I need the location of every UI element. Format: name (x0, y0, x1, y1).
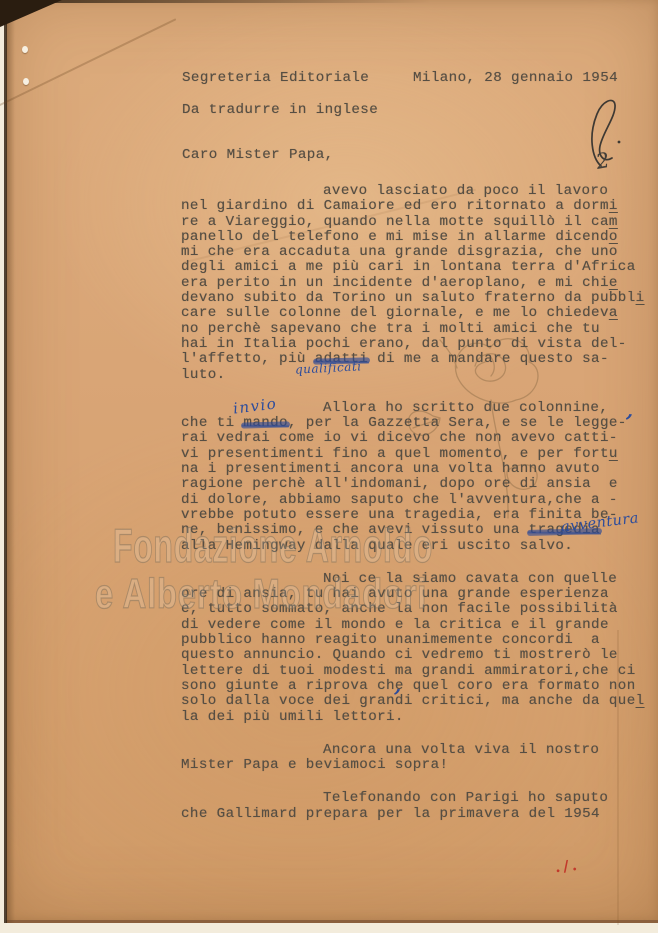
typed-text: che Gallimard prepara per la primavera d… (181, 806, 600, 822)
underlined-letter: m (609, 214, 618, 230)
typed-line: era perito in un incidente d'aeroplano, … (181, 276, 633, 291)
underlined-letter: a (609, 305, 618, 321)
typed-line: nel giardino di Camaiore ed ero ritornat… (181, 199, 633, 214)
typed-line: e, tutto sommato, anche la non facile po… (181, 602, 633, 617)
typed-line: care sulle colonne del giornale, e me lo… (181, 306, 633, 321)
translation-instruction: Da tradurre in inglese (182, 102, 378, 118)
typed-text: panello del telefono e mi mise in allarm… (181, 229, 609, 245)
typed-text: luto. (181, 367, 226, 383)
underlined-letter: e (609, 275, 618, 291)
scan-edge-top (0, 0, 430, 3)
typed-text: era perito in un incidente d'aeroplano, … (181, 275, 609, 291)
typed-text: Telefonando con Parigi ho saputo (323, 790, 608, 806)
paragraph: Ancora una volta viva il nostroMister Pa… (181, 743, 633, 774)
struck-word: mando (243, 415, 288, 431)
red-continuation-mark: ./. (554, 856, 581, 877)
underlined-letter: i (609, 198, 618, 214)
typed-line: Telefonando con Parigi ho saputo (181, 791, 633, 806)
typed-line: re a Viareggio, quando nella motte squil… (181, 215, 633, 230)
typed-text: pubblico hanno reagito unanimemente conc… (181, 632, 600, 648)
typed-text: sono giunte a riprova che quel coro era … (181, 678, 636, 694)
typed-text: ne, benissimo, e che avevi vissuto una (181, 522, 529, 538)
typed-text: na i presentimenti ancora una volta hann… (181, 461, 600, 477)
typed-text: la dei più umili lettori. (181, 709, 404, 725)
typed-text: di dolore, abbiamo saputo che l'avventur… (181, 492, 618, 508)
typed-text: Noi ce la siamo cavata con quelle (323, 571, 617, 587)
typed-text: avevo lasciato da poco il lavoro (323, 183, 608, 199)
underlined-letter: u (609, 446, 618, 462)
typed-text: nel giardino di Camaiore ed ero ritornat… (181, 198, 609, 214)
typed-line: ragione perchè all'indomani, dopo ore di… (181, 477, 633, 492)
typed-line: la dei più umili lettori. (181, 710, 633, 725)
typed-text: Ancora una volta viva il nostro (323, 742, 599, 758)
typed-line: che Gallimard prepara per la primavera d… (181, 807, 633, 822)
typed-text: mi che era accaduta una grande disgrazia… (181, 244, 618, 260)
typed-line: Noi ce la siamo cavata con quelle (181, 572, 633, 587)
typed-line: panello del telefono e mi mise in allarm… (181, 230, 633, 245)
typed-text: Mister Papa e beviamoci sopra! (181, 757, 448, 773)
typed-line: sono giunte a riprova che quel coro era … (181, 679, 633, 694)
typed-line: luto. (181, 368, 633, 383)
typed-text: hai in Italia pochi erano, dal punto di … (181, 336, 627, 352)
typed-text: re a Viareggio, quando nella motte squil… (181, 214, 609, 230)
typed-text: solo dalla voce dei grandi critici, ma a… (181, 693, 636, 709)
typed-text: di me a mandare questo sa- (368, 351, 609, 367)
punch-hole (22, 46, 28, 53)
typed-text: rai vedrai come io vi dicevo che non ave… (181, 430, 618, 446)
typed-line: Mister Papa e beviamoci sopra! (181, 758, 633, 773)
typed-text: devano subito da Torino un saluto frater… (181, 290, 636, 306)
typed-text: di vedere come il mondo e la critica e i… (181, 617, 609, 633)
scan-edge-left-shadow (7, 0, 15, 923)
typed-text: care sulle colonne del giornale, e me lo… (181, 305, 609, 321)
typed-text: vrebbe potuto essere una tragedia, era f… (181, 507, 618, 523)
typed-text: no perchè sapevano che tra i molti amici… (181, 321, 600, 337)
typed-text: questo annuncio. Quando ci vedremo ti mo… (181, 647, 618, 663)
typed-line: no perchè sapevano che tra i molti amici… (181, 322, 633, 337)
underlined-letter: o (609, 229, 618, 245)
typed-line: lettere di tuoi modesti ma grandi ammira… (181, 664, 633, 679)
typed-line: rai vedrai come io vi dicevo che non ave… (181, 431, 633, 446)
typed-text: ragione perchè all'indomani, dopo ore di… (181, 476, 618, 492)
typed-line: hai in Italia pochi erano, dal punto di … (181, 337, 633, 352)
typed-text: e, tutto sommato, anche la non facile po… (181, 601, 618, 617)
paragraph: Telefonando con Parigi ho saputoche Gall… (181, 791, 633, 822)
underlined-letter: i (636, 290, 645, 306)
underlined-letter: l (636, 693, 645, 709)
typed-text: lettere di tuoi modesti ma grandi ammira… (181, 663, 636, 679)
typed-line: questo annuncio. Quando ci vedremo ti mo… (181, 648, 633, 663)
scanned-letter-page: Segreteria Editoriale Milano, 28 gennaio… (0, 0, 658, 933)
typed-line: alla Hemingway dalla quale eri uscito sa… (181, 539, 633, 554)
typed-line: solo dalla voce dei grandi critici, ma a… (181, 694, 633, 709)
typed-text: ore di ansia, tu hai avuto una grande es… (181, 586, 609, 602)
paragraph: Noi ce la siamo cavata con quelleore di … (181, 572, 633, 725)
dateline: Milano, 28 gennaio 1954 (413, 70, 618, 86)
typed-line: di vedere come il mondo e la critica e i… (181, 618, 633, 633)
typed-text: , per la Gazzetta Sera, e se le legge- (288, 415, 627, 431)
salutation: Caro Mister Papa, (182, 147, 334, 163)
typed-line: degli amici a me più cari in lontana ter… (181, 260, 633, 275)
typed-line: l'affetto, più adatti di me a mandare qu… (181, 352, 633, 367)
typed-line: avevo lasciato da poco il lavoro (181, 184, 633, 199)
typed-text: degli amici a me più cari in lontana ter… (181, 259, 636, 275)
typed-text: alla Hemingway dalla quale eri uscito sa… (181, 538, 573, 554)
typed-line: Ancora una volta viva il nostro (181, 743, 633, 758)
typed-line: di dolore, abbiamo saputo che l'avventur… (181, 493, 633, 508)
sender-line: Segreteria Editoriale (182, 70, 369, 86)
typed-text: vi presentimenti fino a quel momento, e … (181, 446, 609, 462)
letter-body: avevo lasciato da poco il lavoronel giar… (181, 184, 633, 840)
paragraph: avevo lasciato da poco il lavoronel giar… (181, 184, 633, 383)
typed-line: vi presentimenti fino a quel momento, e … (181, 447, 633, 462)
typed-text: Allora ho scritto due colonnine, (323, 400, 608, 416)
punch-hole (23, 78, 29, 85)
